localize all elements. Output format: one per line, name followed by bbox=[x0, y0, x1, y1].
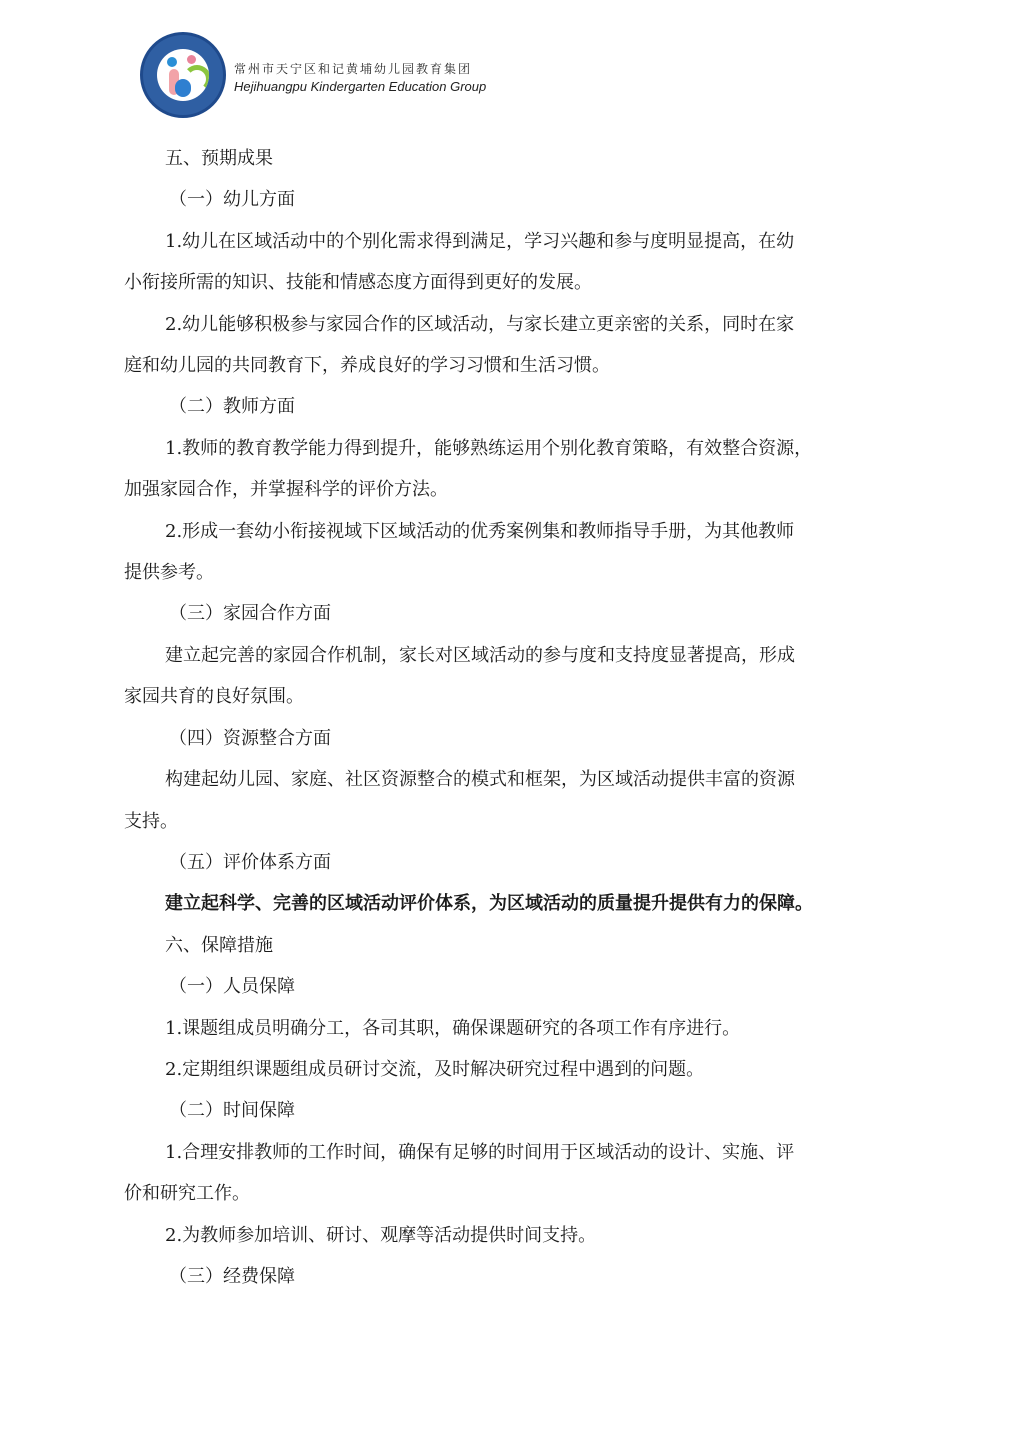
subsection-heading: （三）经费保障 bbox=[165, 1256, 895, 1297]
kindergarten-logo-icon bbox=[140, 32, 226, 118]
paragraph-line: 2.为教师参加培训、研讨、观摩等活动提供时间支持。 bbox=[165, 1215, 895, 1256]
paragraph-line: 家园共育的良好氛围。 bbox=[124, 676, 895, 717]
paragraph-line: 2.定期组织课题组成员研讨交流，及时解决研究过程中遇到的问题。 bbox=[165, 1049, 895, 1090]
subsection-heading: （一）人员保障 bbox=[165, 966, 895, 1007]
subsection-heading: （五）评价体系方面 bbox=[165, 842, 895, 883]
paragraph-line: 价和研究工作。 bbox=[124, 1173, 895, 1214]
paragraph-line: 建立起完善的家园合作机制，家长对区域活动的参与度和支持度显著提高，形成 bbox=[165, 635, 895, 676]
subsection-heading: （四）资源整合方面 bbox=[165, 718, 895, 759]
paragraph-line: 2.幼儿能够积极参与家园合作的区域活动，与家长建立更亲密的关系，同时在家 bbox=[165, 304, 895, 345]
paragraph-line: 构建起幼儿园、家庭、社区资源整合的模式和框架，为区域活动提供丰富的资源 bbox=[165, 759, 895, 800]
paragraph-line: 小衔接所需的知识、技能和情感态度方面得到更好的发展。 bbox=[124, 262, 895, 303]
document-header: 常州市天宁区和记黄埔幼儿园教育集团 Hejihuangpu Kindergart… bbox=[140, 30, 486, 120]
paragraph-line: 1.幼儿在区域活动中的个别化需求得到满足，学习兴趣和参与度明显提高，在幼 bbox=[165, 221, 895, 262]
paragraph-line: 1.教师的教育教学能力得到提升，能够熟练运用个别化教育策略，有效整合资源， bbox=[165, 428, 895, 469]
paragraph-line: 1.课题组成员明确分工，各司其职，确保课题研究的各项工作有序进行。 bbox=[165, 1008, 895, 1049]
paragraph-line: 提供参考。 bbox=[124, 552, 895, 593]
subsection-heading: （一）幼儿方面 bbox=[165, 179, 895, 220]
paragraph-line: 1.合理安排教师的工作时间，确保有足够的时间用于区域活动的设计、实施、评 bbox=[165, 1132, 895, 1173]
paragraph-line: 庭和幼儿园的共同教育下，养成良好的学习习惯和生活习惯。 bbox=[124, 345, 895, 386]
section-heading: 五、预期成果 bbox=[165, 138, 895, 179]
paragraph-line: 支持。 bbox=[124, 801, 895, 842]
paragraph-line: 建立起科学、完善的区域活动评价体系，为区域活动的质量提升提供有力的保障。 bbox=[165, 883, 895, 924]
subsection-heading: （三）家园合作方面 bbox=[165, 593, 895, 634]
org-name-cn: 常州市天宁区和记黄埔幼儿园教育集团 bbox=[234, 60, 486, 77]
subsection-heading: （二）时间保障 bbox=[165, 1090, 895, 1131]
paragraph-line: 加强家园合作，并掌握科学的评价方法。 bbox=[124, 469, 895, 510]
section-heading: 六、保障措施 bbox=[165, 925, 895, 966]
org-name-en: Hejihuangpu Kindergarten Education Group bbox=[234, 79, 486, 94]
subsection-heading: （二）教师方面 bbox=[165, 386, 895, 427]
paragraph-line: 2.形成一套幼小衔接视域下区域活动的优秀案例集和教师指导手册，为其他教师 bbox=[165, 511, 895, 552]
document-body: 五、预期成果 （一）幼儿方面 1.幼儿在区域活动中的个别化需求得到满足，学习兴趣… bbox=[165, 138, 895, 1297]
